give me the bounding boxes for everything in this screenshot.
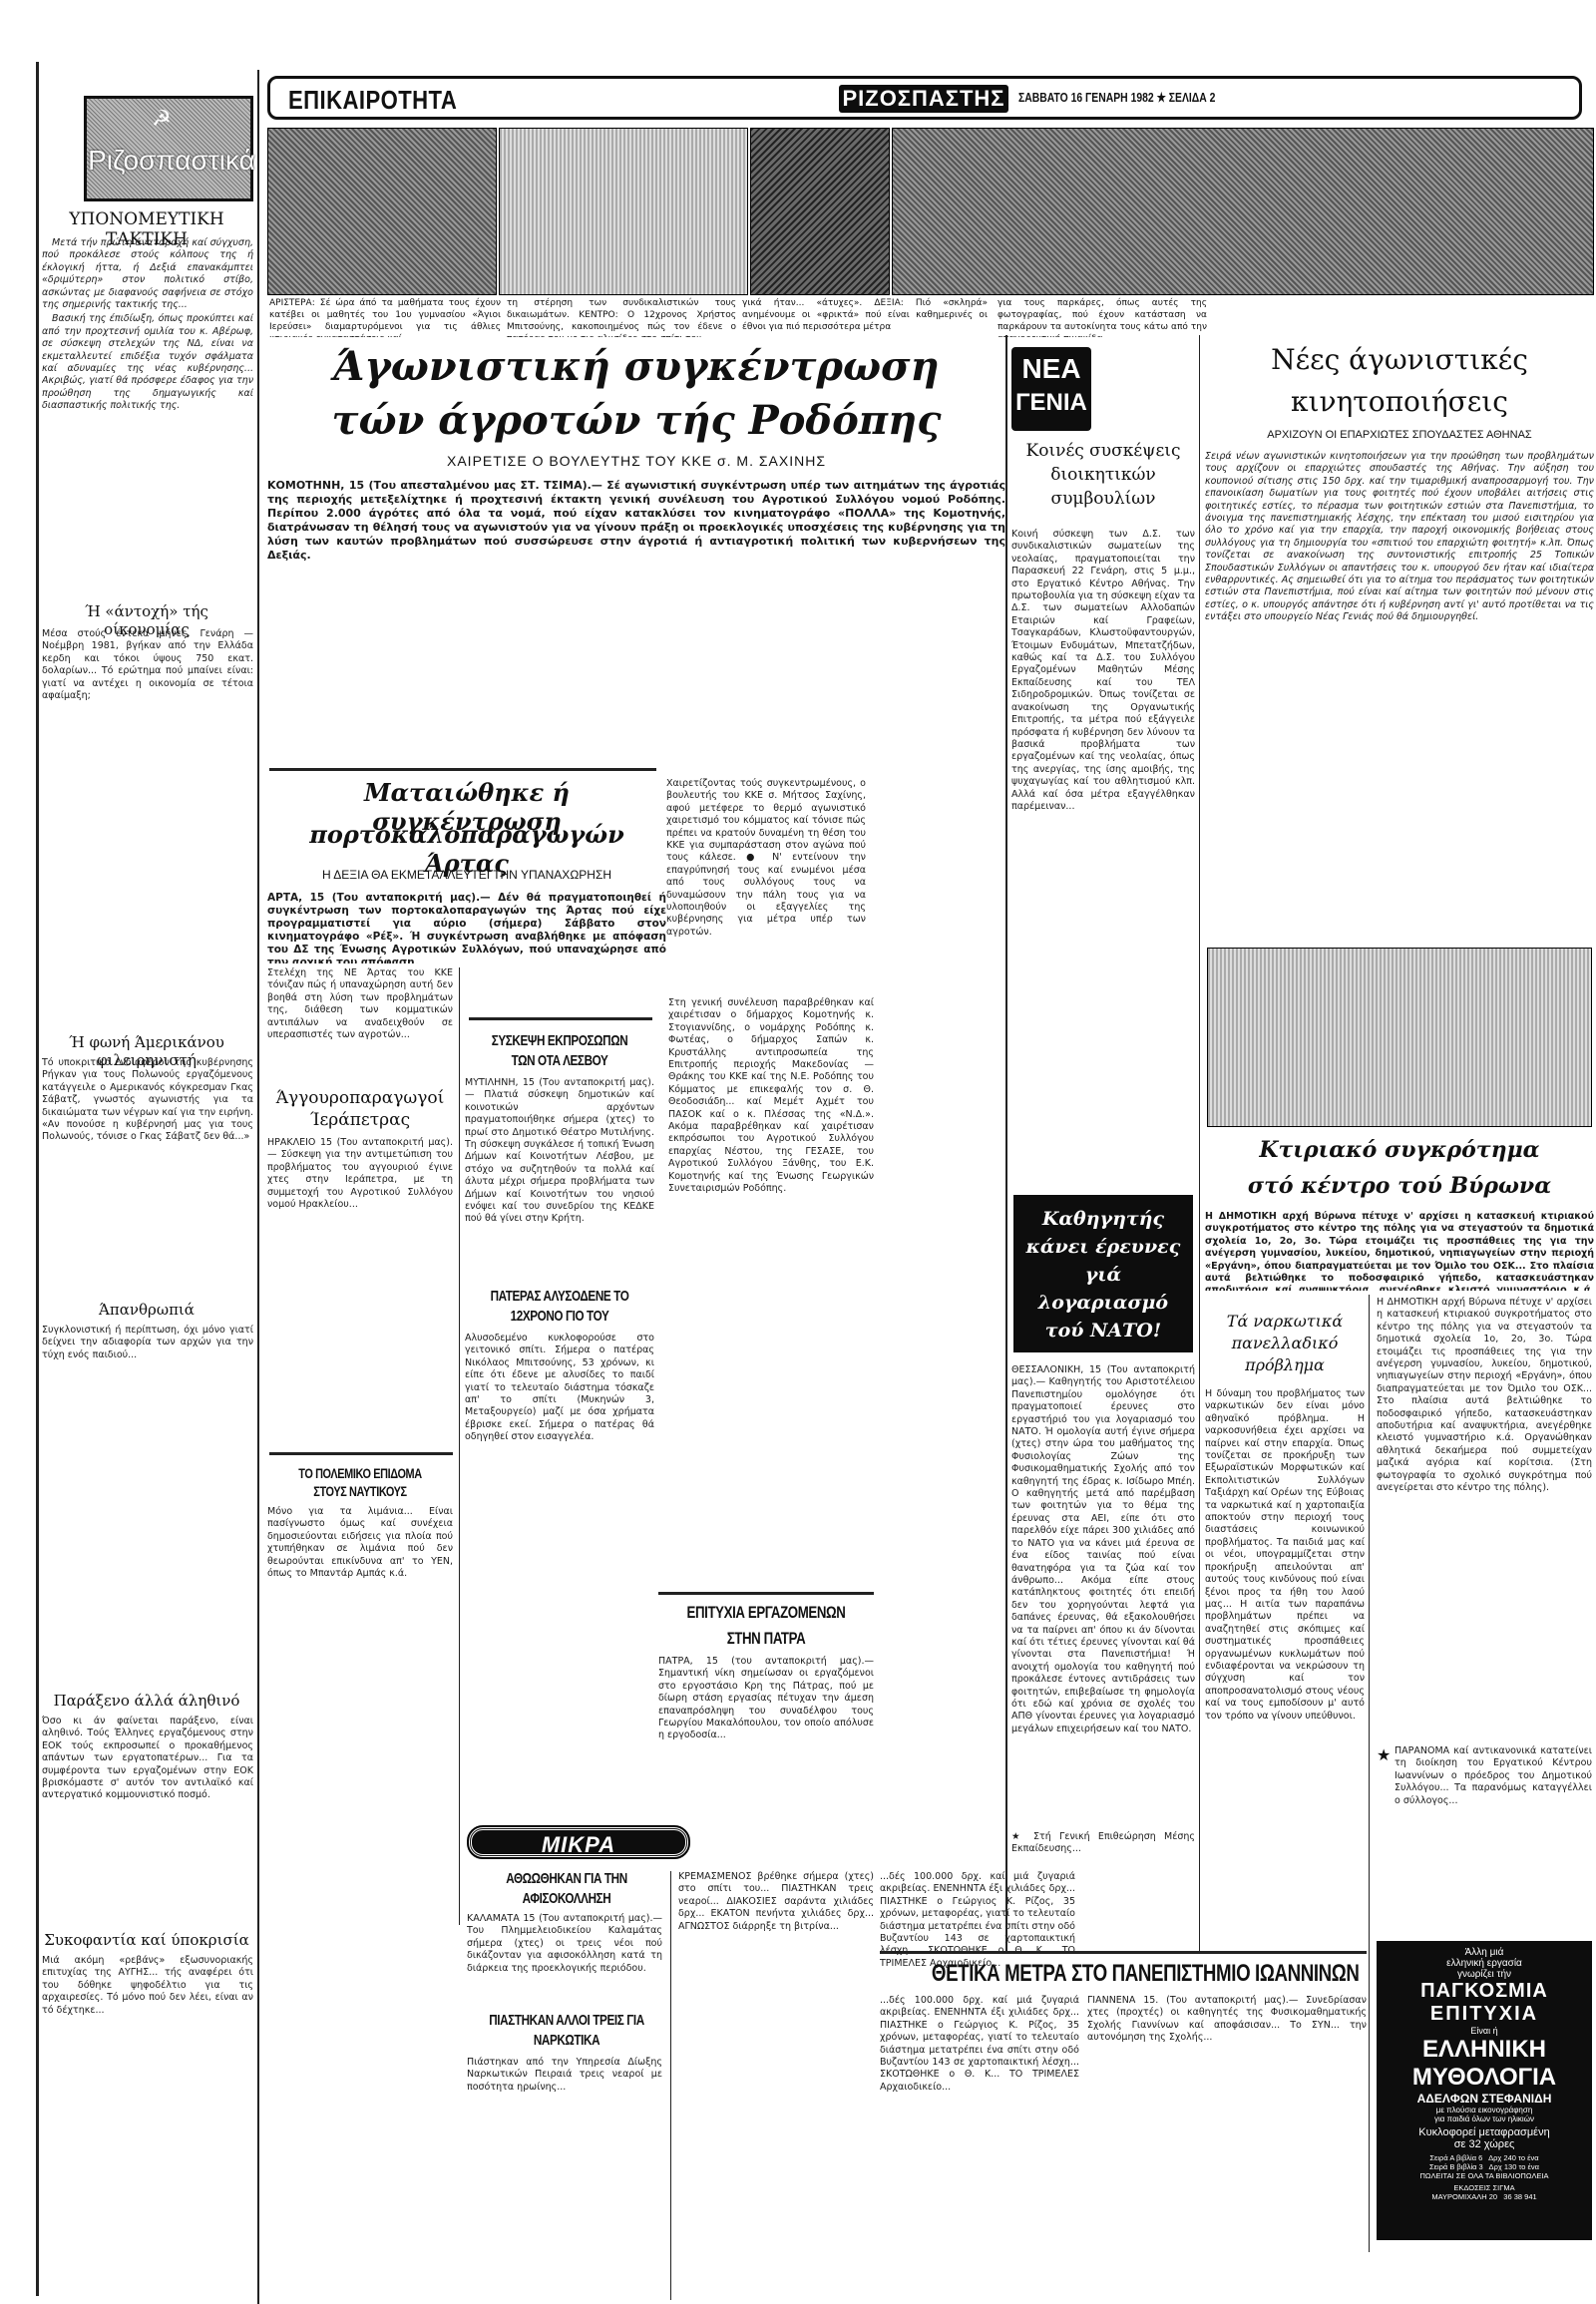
peace-voice-text: Τό υποκριτικό ενδιαφέρον της κυβέρνησης … — [42, 1057, 253, 1297]
nato-headline: Καθηγητής κάνει έρευνες γιά λογαριασμό τ… — [1021, 1205, 1185, 1344]
photo-caption-left: ΑΡΙΣΤΕΡΑ: Σέ ώρα άπό τα μαθήματα τους έχ… — [269, 297, 501, 337]
intro-text: Μετά τήν πρώτη άναταραχή καί σύγχυση, πο… — [42, 237, 253, 311]
nea-genia-headline: Κοινές συσκέψεις διοικητικών συμβουλίων — [1011, 439, 1195, 511]
subhead-slander: Συκοφαντία καί ύποκρισία — [40, 1931, 253, 1949]
dateline: ΣΑΒΒΑΤΟ 16 ΓΕΝΑΡΗ 1982 ★ ΣΕΛΙΔΑ 2 — [1018, 90, 1215, 106]
subhead-strange: Παράξενο άλλά άληθινό — [40, 1692, 253, 1710]
kalamata-body: ΚΑΛΑΜΑΤΑ 15 (Του ανταποκριτή μας).— Του … — [467, 1913, 662, 2005]
economy-text: Μέσα στούς έντεκα μήνες, Γενάρη — Νοέμβρ… — [42, 628, 253, 1027]
kalamata-headline: ΑΘΩΩΘΗΚΑΝ ΓΙΑ ΤΗΝ ΑΦΙΣΟΚΟΛΛΗΣΗ — [489, 1869, 644, 1909]
ioannina-headline: ΘΕΤΙΚΑ ΜΕΤΡΑ ΣΤΟ ΠΑΝΕΠΙΣΤΗΜΙΟ ΙΩΑΝΝΙΝΩΝ — [932, 1959, 1313, 1989]
section-rule — [658, 1592, 874, 1595]
nato-headline-box: Καθηγητής κάνει έρευνες γιά λογαριασμό τ… — [1013, 1195, 1193, 1352]
section-title: ΕΠΙΚΑΙΡΟΤΗΤΑ — [288, 85, 457, 116]
patra-body: ΠΑΤΡΑ, 15 (του ανταποκριτή μας).— Σημαντ… — [658, 1656, 874, 1785]
mikra-astynomika-banner: ΜΙΚΡΑ ΑΣΤΥΝΟΜΙΚΑ — [469, 1827, 688, 1857]
lesvos-headline: ΣΥΣΚΕΨΗ ΕΚΠΡΟΣΩΠΩΝ ΤΩΝ ΟΤΑ ΛΕΣΒΟΥ — [486, 1031, 633, 1071]
arta-subhead: Η ΔΕΞΙΑ ΘΑ ΕΚΜΕΤΑΛΛΕΥΤΕΙ ΤΗΝ ΥΠΑΝΑΧΩΡΗΣΗ — [267, 868, 666, 882]
students-body: Σειρά νέων αγωνιστικών κινητοποιήσεων γι… — [1205, 451, 1594, 880]
father-headline: ΠΑΤΕΡΑΣ ΑΛΥΣΟΔΕΝΕ ΤΟ 12ΧΡΟΝΟ ΓΙΟ ΤΟΥ — [486, 1287, 633, 1327]
strange-text: Όσο κι άν φαίνεται παράξενο, είναι αληθι… — [42, 1716, 253, 1925]
column-divider — [1369, 1295, 1370, 2252]
advert-price: Σειρά Β βιβλία 3 Δρχ 130 το ένα — [1377, 2162, 1592, 2171]
nea-genia-logo-line1: ΝΕΑ — [1011, 353, 1091, 385]
narkotika-short-headline: ΠΙΑΣΤΗΚΑΝ ΑΛΛΟΙ ΤΡΕΙΣ ΓΙΑ ΝΑΡΚΩΤΙΚΑ — [489, 2011, 644, 2051]
ierapetra-body: ΗΡΑΚΛΕΙΟ 15 (Του ανταποκριτή μας).— Σύσκ… — [267, 1137, 453, 1436]
vyronas-body: Η ΔΗΜΟΤΙΚΗ αρχή Βύρωνα πέτυχε ν' αρχίσει… — [1205, 1211, 1594, 1291]
father-body: Αλυσοδεμένο κυκλοφορούσε στο γειτονικό σ… — [465, 1333, 654, 1582]
advert-address: ΜΑΥΡΟΜΙΧΑΛΗ 20 36 38 941 — [1377, 2192, 1592, 2201]
section-rule — [269, 768, 656, 771]
astynomika-col-1: ΚΡΕΜΑΣΜΕΝΟΣ βρέθηκε σήμερα (χτες) στο σπ… — [678, 1871, 874, 2290]
column-intro: Μετά τήν πρώτη άναταραχή καί σύγχυση, πο… — [42, 237, 253, 596]
column-divider — [1005, 335, 1007, 1951]
advert-line: σε 32 χώρες — [1377, 2138, 1592, 2150]
naftiki-body: Μόνο για τα λιμάνια... Είναι πασίγνωστο … — [267, 1506, 453, 1825]
section-rule — [269, 1452, 453, 1455]
naftiki-headline: ΤΟ ΠΟΛΕΜΙΚΟ ΕΠΙΔΟΜΑ ΣΤΟΥΣ ΝΑΥΤΙΚΟΥΣ — [287, 1464, 432, 1500]
students-subhead: ΑΡΧΙΖΟΥΝ ΟΙ ΕΠΑΡΧΙΩΤΕΣ ΣΠΟΥΔΑΣΤΕΣ ΑΘΗΝΑΣ — [1205, 429, 1594, 441]
slander-text: Μιά ακόμη «ρεβάνς» εξωσυνοριακής επιτυχί… — [42, 1955, 253, 2294]
photo-chained-boy — [750, 128, 890, 295]
nato-kicker: ★ Στή Γενική Επιθεώρηση Μέσης Εκπαίδευση… — [1011, 1831, 1195, 1951]
ierapetra-headline: Άγγουροπαραγωγοί Ίεράπετρας — [267, 1087, 453, 1131]
photo-school-fence — [499, 128, 748, 295]
narkotika-short-body: Πιάστηκαν από την Υπηρεσία Δίωξης Ναρκωτ… — [467, 2057, 662, 2296]
students-headline-1: Νέες άγωνιστικές — [1205, 343, 1594, 376]
advert-big-text: ΜΥΘΟΛΟΓΙΑ — [1377, 2064, 1592, 2092]
narkotika-headline: Τά ναρκωτικά πανελλαδικό πρόβλημα — [1205, 1311, 1365, 1376]
advert-line: Κυκλοφορεί μεταφρασμένη — [1377, 2126, 1592, 2138]
column-logo-text: Ριζοσπαστικά — [87, 145, 256, 177]
photo-caption-far-right: για τους παρκάρες, όπως αυτές της φωτογρ… — [997, 297, 1207, 337]
arta-body: Στελέχη της ΝΕ Άρτας του ΚΚΕ τόνιζαν πώς… — [267, 967, 453, 1077]
students-headline-2: κινητοποιήσεις — [1205, 385, 1594, 418]
advert-publisher: ΕΚΔΟΣΕΙΣ ΣΙΓΜΑ — [1377, 2183, 1592, 2192]
lesvos-body: ΜΥΤΙΛΗΝΗ, 15 (Του ανταποκριτή μας).— Πλα… — [465, 1077, 654, 1277]
ioannina-body: ΓΙΑΝΝΕΝΑ 15. (Του ανταποκριτή μας).— Συν… — [1087, 1995, 1367, 2294]
advert-price: Σειρά Α βιβλία 6 Δρχ 240 το ένα — [1377, 2153, 1592, 2162]
masthead-logo: ΡΙΖΟΣΠΑΣΤΗΣ — [839, 85, 1008, 113]
nato-body: ΘΕΣΣΑΛΟΝΙΚΗ, 15 (Του ανταποκριτή μας).— … — [1011, 1364, 1195, 1823]
column-divider — [257, 70, 259, 2304]
lead-headline-2: τών άγροτών τής Ροδόπης — [267, 397, 1005, 444]
lead-intro: ΚΟΜΟΤΗΝΗ, 15 (Του απεσταλμένου μας ΣΤ. Τ… — [267, 479, 1005, 578]
nea-genia-body: Κοινή σύσκεψη των Δ.Σ. των συνδικαλιστικ… — [1011, 529, 1195, 1107]
inhumanity-text: Συγκλονιστική ή περίπτωση, όχι μόνο γιατ… — [42, 1325, 253, 1684]
nea-genia-logo-line2: ΓΕΝΙΑ — [1011, 389, 1091, 417]
left-column: ☭ Ριζοσπαστικά ΥΠΟΝΟΜΕΥΤΙΚΗ ΤΑΚΤΙΚΗ Μετά… — [40, 60, 253, 2294]
advert-line: γνωρίζει τήν — [1377, 1969, 1592, 1980]
astynomika-col-2-lower: ...δές 100.000 δρχ. καί μιά ζυγαριά ακρι… — [880, 1995, 1079, 2294]
paranomia-body: ΠΑΡΑΝΟΜΑ καί αντικανονικά κατατείνει τη … — [1395, 1745, 1592, 1935]
advert-big-text: ΕΛΛΗΝΙΚΗ — [1377, 2036, 1592, 2064]
arta-intro: ΑΡΤΑ, 15 (Του ανταποκριτή μας).— Δέν θά … — [267, 892, 666, 963]
subhead-inhumanity: Άπανθρωπιά — [40, 1301, 253, 1319]
column-divider — [459, 967, 460, 1925]
lead-headline-1: Άγωνιστική συγκέντρωση — [267, 343, 1005, 390]
advert-line: με πλούσια εικονογράφηση — [1377, 2106, 1592, 2114]
vyronas-headline-2: στό κέντρο τού Βύρωνα — [1205, 1173, 1594, 1199]
photo-vyronas-building — [1207, 948, 1592, 1127]
advert-author: ΑΔΕΛΦΩΝ ΣΤΕΦΑΝΙΔΗ — [1377, 2092, 1592, 2106]
photo-caption-right: γικά ήταν... «άτυχες». ΔΕΞΙΑ: Πιό «σκληρ… — [742, 297, 988, 337]
nea-genia-logo: ΝΕΑ ΓΕΝΙΑ — [1011, 347, 1091, 431]
photo-caption-center: τη στέρηση των συνδικαλιστικών τους δικα… — [507, 297, 736, 337]
photo-parked-cars — [892, 128, 1594, 295]
photo-students-protest — [267, 128, 497, 295]
lead-subhead: ΧΑΙΡΕΤΙΣΕ Ο ΒΟΥΛΕΥΤΗΣ ΤΟΥ ΚΚΕ σ. Μ. ΣΑΧΙ… — [267, 453, 1005, 469]
advert-line: ΠΩΛΕΙΤΑΙ ΣΕ ΟΛΑ ΤΑ ΒΙΒΛΙΟΠΩΛΕΙΑ — [1377, 2171, 1592, 2180]
lead-col-2: Στη γενική συνέλευση παραβρέθηκαν καί χα… — [668, 997, 874, 1576]
advert-big-text: ΠΑΓΚΟΣΜΙΑ — [1377, 1980, 1592, 2003]
advert-line: για παιδιά όλων των ηλικιών — [1377, 2114, 1592, 2123]
page-header: ΕΠΙΚΑΙΡΟΤΗΤΑ ΡΙΖΟΣΠΑΣΤΗΣ ΣΑΒΒΑΤΟ 16 ΓΕΝΑ… — [267, 76, 1582, 120]
section-rule — [469, 1017, 652, 1020]
advert-line: ελληνική εργασία — [1377, 1958, 1592, 1969]
column-divider — [1199, 335, 1200, 1951]
advert-big-text: ΕΠΙΤΥΧΙΑ — [1377, 2003, 1592, 2026]
patra-headline: ΕΠΙΤΥΧΙΑ ΕΡΓΑΖΟΜΕΝΩΝ ΣΤΗΝ ΠΑΤΡΑ — [682, 1600, 850, 1652]
hammer-sickle-icon: ☭ — [152, 107, 172, 132]
body-text: Βασική της έπιδίωξη, όπως προκύπτει καί … — [42, 313, 253, 412]
column-divider — [670, 1871, 671, 2300]
vyronas-body-continued: Η ΔΗΜΟΤΙΚΗ αρχή Βύρωνα πέτυχε ν' αρχίσει… — [1377, 1297, 1592, 1596]
section-rule — [880, 1951, 1367, 1954]
column-divider — [36, 62, 39, 2296]
star-icon: ★ — [1377, 1745, 1391, 1764]
advert-line: Άλλη μιά — [1377, 1947, 1592, 1958]
vyronas-headline-1: Κτιριακό συγκρότημα — [1205, 1137, 1594, 1163]
column-logo: ☭ Ριζοσπαστικά — [84, 96, 253, 201]
mythology-advert: Άλλη μιά ελληνική εργασία γνωρίζει τήν Π… — [1377, 1941, 1592, 2240]
narkotika-body: Η δύναμη του προβλήματος των ναρκωτικών … — [1205, 1388, 1365, 1947]
lead-story: Άγωνιστική συγκέντρωση τών άγροτών τής Ρ… — [267, 339, 1005, 698]
advert-line: Είναι ή — [1377, 2026, 1592, 2036]
